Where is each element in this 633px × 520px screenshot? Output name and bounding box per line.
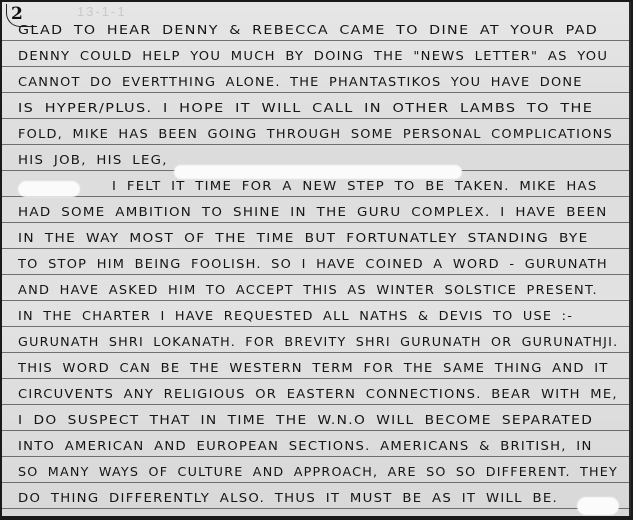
- text-line: DENNY COULD HELP YOU MUCH BY DOING THE "…: [18, 45, 608, 67]
- text-line: CIRCUVENTS ANY RELIGIOUS OR EASTERN CONN…: [18, 383, 618, 405]
- redaction-blot: [174, 165, 462, 179]
- text-line: I DO SUSPECT THAT IN TIME THE W.N.O WILL…: [18, 409, 593, 431]
- text-line: GURUNATH SHRI LOKANATH. FOR BREVITY SHRI…: [18, 331, 618, 353]
- text-line: CANNOT DO EVERTTHING ALONE. THE PHANTAST…: [18, 71, 583, 93]
- redaction-blot: [577, 497, 619, 515]
- text-line: INTO AMERICAN AND EUROPEAN SECTIONS. AME…: [18, 435, 593, 457]
- letter-page: 13-1-1 2 GLAD TO HEAR DENNY & REBECCA CA…: [2, 2, 631, 516]
- text-line: AND HAVE ASKED HIM TO ACCEPT THIS AS WIN…: [18, 279, 598, 301]
- redaction-blot: [18, 181, 80, 197]
- text-line: FOLD, MIKE HAS BEEN GOING THROUGH SOME P…: [18, 123, 613, 145]
- text-line: DO THING DIFFERENTLY ALSO. THUS IT MUST …: [18, 487, 558, 509]
- text-line: TO STOP HIM BEING FOOLISH. SO I HAVE COI…: [18, 253, 608, 275]
- text-line: IS HYPER/PLUS. I HOPE IT WILL CALL IN OT…: [18, 97, 593, 119]
- text-line: IN THE WAY MOST OF THE TIME BUT FORTUNAT…: [18, 227, 589, 249]
- faint-header-mark: 13-1-1: [77, 4, 127, 19]
- text-line: THIS WORD CAN BE THE WESTERN TERM FOR TH…: [18, 357, 609, 379]
- text-line: SO MANY WAYS OF CULTURE AND APPROACH, AR…: [18, 461, 618, 483]
- text-line: HIS JOB, HIS LEG,: [18, 149, 168, 171]
- text-line: GLAD TO HEAR DENNY & REBECCA CAME TO DIN…: [18, 19, 598, 41]
- text-line: HAD SOME AMBITION TO SHINE IN THE GURU C…: [18, 201, 608, 223]
- text-line: IN THE CHARTER I HAVE REQUESTED ALL NATH…: [18, 305, 573, 327]
